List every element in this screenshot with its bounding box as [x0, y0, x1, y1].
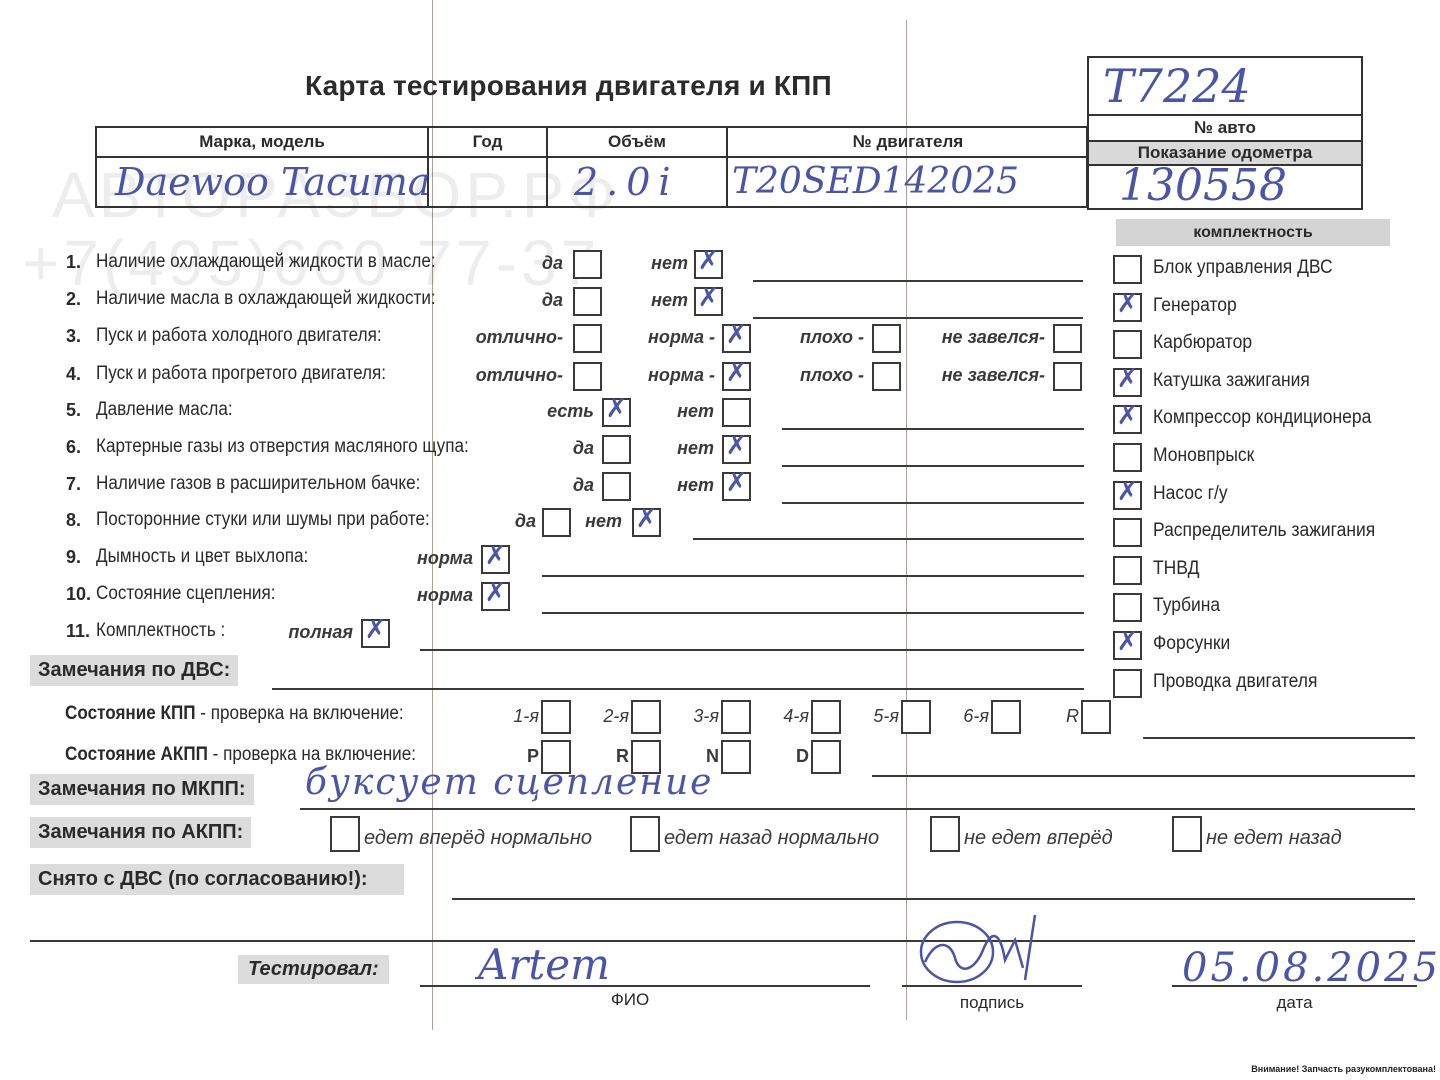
engine-number-value[interactable]: T20SED142025 [728, 158, 1088, 206]
check-mark-icon: ✗ [1115, 289, 1140, 319]
question-number: 9. [66, 547, 81, 568]
check-mark-icon: ✗ [1115, 364, 1140, 394]
option-label: нет [576, 401, 714, 422]
check-mark-icon: ✗ [724, 431, 749, 461]
remarks-dvs-field[interactable] [272, 688, 1084, 690]
signature-field[interactable] [902, 985, 1082, 987]
option-label: плохо - [726, 365, 864, 386]
question-number: 10. [66, 584, 91, 605]
completeness-item-label: Компрессор кондиционера [1153, 407, 1371, 429]
completeness-item-label: Распределитель зажигания [1153, 520, 1375, 542]
auto-number-label: № авто [1089, 116, 1361, 142]
akpp-remark-checkbox[interactable] [330, 816, 360, 852]
completeness-item-label: Генератор [1153, 295, 1237, 317]
option-checkbox[interactable]: ✗ [481, 545, 510, 574]
kpp-gear-label: 1-я [465, 706, 539, 727]
header-cell-make-model: Марка, модель Daewoo Tacuma [97, 128, 429, 206]
completeness-checkbox[interactable] [1113, 330, 1142, 359]
kpp-gear-checkbox[interactable] [1081, 700, 1111, 734]
option-label: не завелся- [907, 365, 1045, 386]
option-checkbox[interactable]: ✗ [632, 508, 661, 537]
option-label: есть [456, 401, 594, 422]
akpp-remark-checkbox[interactable] [1172, 816, 1202, 852]
completeness-checkbox[interactable]: ✗ [1113, 405, 1142, 434]
completeness-item-label: Катушка зажигания [1153, 370, 1310, 392]
question-number: 6. [66, 437, 81, 458]
option-label: да [425, 290, 563, 311]
question-text: Наличие газов в расширительном бачке: [96, 473, 420, 495]
completeness-heading: комплектность [1116, 219, 1390, 246]
option-label: отлично- [425, 327, 563, 348]
akpp-remark-label: не едет вперёд [964, 827, 1113, 850]
kpp-notes-field[interactable] [1143, 737, 1415, 739]
completeness-item-label: Моновпрыск [1153, 445, 1254, 467]
option-label: нет [576, 475, 714, 496]
remarks-mkpp-field[interactable] [300, 808, 1415, 810]
akpp-remark-label: едет вперёд нормально [364, 827, 592, 850]
tester-name-caption: ФИО [420, 990, 840, 1010]
kpp-gear-label: 2-я [556, 706, 629, 727]
question-text: Наличие охлаждающей жидкости в масле: [96, 251, 436, 273]
check-mark-icon: ✗ [1115, 627, 1140, 657]
option-checkbox[interactable]: ✗ [722, 435, 751, 464]
check-mark-icon: ✗ [696, 246, 721, 276]
kpp-check-label: Состояние КПП - проверка на включение: [65, 703, 404, 725]
volume-value[interactable]: 2.0i [548, 158, 726, 206]
remarks-akpp-label: Замечания по АКПП: [30, 817, 251, 848]
option-label: плохо - [726, 327, 864, 348]
question-number: 3. [66, 326, 81, 347]
year-value[interactable] [429, 158, 546, 206]
question-number: 11. [66, 621, 90, 642]
question-notes-field[interactable] [753, 280, 1083, 282]
completeness-item-label: Форсунки [1153, 633, 1230, 655]
removed-field[interactable] [452, 898, 1415, 900]
question-text: Пуск и работа прогретого двигателя: [96, 363, 386, 385]
test-date-field[interactable] [1172, 985, 1417, 987]
completeness-checkbox[interactable] [1113, 669, 1142, 698]
completeness-checkbox[interactable]: ✗ [1113, 481, 1142, 510]
completeness-checkbox[interactable] [1113, 518, 1142, 547]
option-checkbox[interactable] [872, 324, 901, 353]
check-mark-icon: ✗ [483, 541, 508, 571]
completeness-checkbox[interactable]: ✗ [1113, 368, 1142, 397]
option-label: да [456, 438, 594, 459]
completeness-item-label: Насос г/у [1153, 483, 1228, 505]
question-text: Состояние сцепления: [96, 583, 275, 605]
akpp-gear-label: D [766, 746, 809, 767]
completeness-item-label: Карбюратор [1153, 332, 1252, 354]
check-mark-icon: ✗ [696, 283, 721, 313]
kpp-gear-label: 4-я [736, 706, 809, 727]
kpp-label-rest: - проверка на включение: [196, 703, 404, 724]
remarks-mkpp-label: Замечания по МКПП: [30, 774, 254, 805]
check-mark-icon: ✗ [363, 615, 388, 645]
option-checkbox[interactable]: ✗ [361, 619, 390, 648]
option-label: полная [215, 622, 353, 643]
completeness-checkbox[interactable]: ✗ [1113, 293, 1142, 322]
completeness-checkbox[interactable]: ✗ [1113, 631, 1142, 660]
removed-label: Снято с ДВС (по согласованию!): [30, 864, 404, 895]
completeness-item-label: ТНВД [1153, 558, 1199, 580]
option-label: отлично- [425, 365, 563, 386]
kpp-gear-label: R [1006, 706, 1079, 727]
completeness-checkbox[interactable] [1113, 556, 1142, 585]
tester-name-field[interactable] [420, 985, 870, 987]
header-label: № двигателя [728, 128, 1088, 158]
check-mark-icon: ✗ [1115, 401, 1140, 431]
footer-note: Внимание! Запчасть разукомплектована! [1251, 1064, 1436, 1074]
option-checkbox[interactable]: ✗ [481, 582, 510, 611]
option-checkbox[interactable] [1053, 324, 1082, 353]
header-label: Объём [548, 128, 726, 158]
option-label: нет [550, 253, 688, 274]
akpp-label-bold: Состояние АКПП [65, 744, 208, 765]
remarks-dvs-label: Замечания по ДВС: [30, 655, 238, 686]
test-date-caption: дата [1172, 993, 1417, 1013]
question-text: Картерные газы из отверстия масляного щу… [96, 436, 469, 458]
tester-name-value[interactable]: Artem [478, 940, 610, 989]
akpp-notes-field[interactable] [872, 775, 1415, 777]
question-number: 8. [66, 510, 81, 531]
option-label: норма [335, 585, 473, 606]
question-text: Наличие масла в охлаждающей жидкости: [96, 288, 436, 310]
option-label: норма [335, 548, 473, 569]
question-text: Посторонние стуки или шумы при работе: [96, 509, 430, 531]
question-number: 5. [66, 400, 81, 421]
akpp-remark-checkbox[interactable] [930, 816, 960, 852]
completeness-checkbox[interactable] [1113, 593, 1142, 622]
option-label: норма - [577, 365, 715, 386]
make-model-value[interactable]: Daewoo Tacuma [97, 158, 427, 206]
question-notes-field[interactable] [782, 428, 1084, 430]
question-notes-field[interactable] [693, 538, 1084, 540]
option-checkbox[interactable] [872, 362, 901, 391]
odometer-value[interactable]: 130558 [1089, 164, 1361, 208]
kpp-label-bold: Состояние КПП [65, 703, 196, 724]
akpp-remark-label: едет назад нормально [664, 827, 879, 850]
akpp-gear-checkbox[interactable] [721, 740, 751, 774]
option-label: да [425, 253, 563, 274]
question-number: 1. [66, 252, 81, 273]
question-notes-field[interactable] [542, 612, 1084, 614]
removed-field-line2[interactable] [30, 940, 1415, 942]
question-text: Комплектность : [96, 620, 225, 642]
signature-icon [905, 910, 1055, 990]
header-label: Марка, модель [97, 128, 427, 158]
tested-by-label: Тестировал: [238, 955, 389, 984]
option-label: нет [576, 438, 714, 459]
completeness-item-label: Проводка двигателя [1153, 671, 1317, 693]
question-notes-field[interactable] [782, 502, 1084, 504]
completeness-checkbox[interactable] [1113, 255, 1142, 284]
question-number: 7. [66, 474, 81, 495]
check-mark-icon: ✗ [1115, 477, 1140, 507]
option-label: нет [550, 290, 688, 311]
option-checkbox[interactable] [1053, 362, 1082, 391]
check-mark-icon: ✗ [724, 468, 749, 498]
header-cell-engine-number: № двигателя T20SED142025 [728, 128, 1088, 206]
option-checkbox[interactable]: ✗ [722, 472, 751, 501]
question-number: 4. [66, 364, 81, 385]
check-mark-icon: ✗ [634, 504, 659, 534]
question-text: Давление масла: [96, 399, 233, 421]
option-label: не завелся- [907, 327, 1045, 348]
question-notes-field[interactable] [753, 317, 1083, 319]
question-text: Пуск и работа холодного двигателя: [96, 325, 382, 347]
signature-caption: подпись [902, 993, 1082, 1013]
completeness-checkbox[interactable] [1113, 443, 1142, 472]
option-label: норма - [577, 327, 715, 348]
option-label: нет [484, 511, 622, 532]
question-notes-field[interactable] [420, 649, 1084, 651]
auto-number-box: T7224 № авто Показание одометра 130558 [1087, 56, 1363, 210]
remarks-mkpp-value[interactable]: буксует сцепление [305, 762, 713, 803]
header-table: Марка, модель Daewoo Tacuma Год Объём 2.… [95, 126, 1088, 208]
auto-number-value[interactable]: T7224 [1089, 58, 1361, 116]
question-notes-field[interactable] [782, 465, 1084, 467]
header-cell-year: Год [429, 128, 548, 206]
question-text: Дымность и цвет выхлопа: [96, 546, 308, 568]
check-mark-icon: ✗ [483, 578, 508, 608]
option-checkbox[interactable]: ✗ [694, 250, 723, 279]
page-title: Карта тестирования двигателя и КПП [305, 70, 832, 102]
completeness-item-label: Блок управления ДВС [1153, 257, 1333, 279]
akpp-gear-checkbox[interactable] [811, 740, 841, 774]
kpp-gear-label: 3-я [646, 706, 719, 727]
completeness-item-label: Турбина [1153, 595, 1220, 617]
akpp-remark-checkbox[interactable] [630, 816, 660, 852]
akpp-remark-label: не едет назад [1206, 827, 1342, 850]
kpp-gear-label: 6-я [916, 706, 989, 727]
header-cell-volume: Объём 2.0i [548, 128, 728, 206]
option-checkbox[interactable]: ✗ [694, 287, 723, 316]
question-number: 2. [66, 289, 81, 310]
header-label: Год [429, 128, 546, 158]
option-checkbox[interactable] [722, 398, 751, 427]
option-label: да [456, 475, 594, 496]
question-notes-field[interactable] [542, 575, 1084, 577]
kpp-gear-label: 5-я [826, 706, 899, 727]
